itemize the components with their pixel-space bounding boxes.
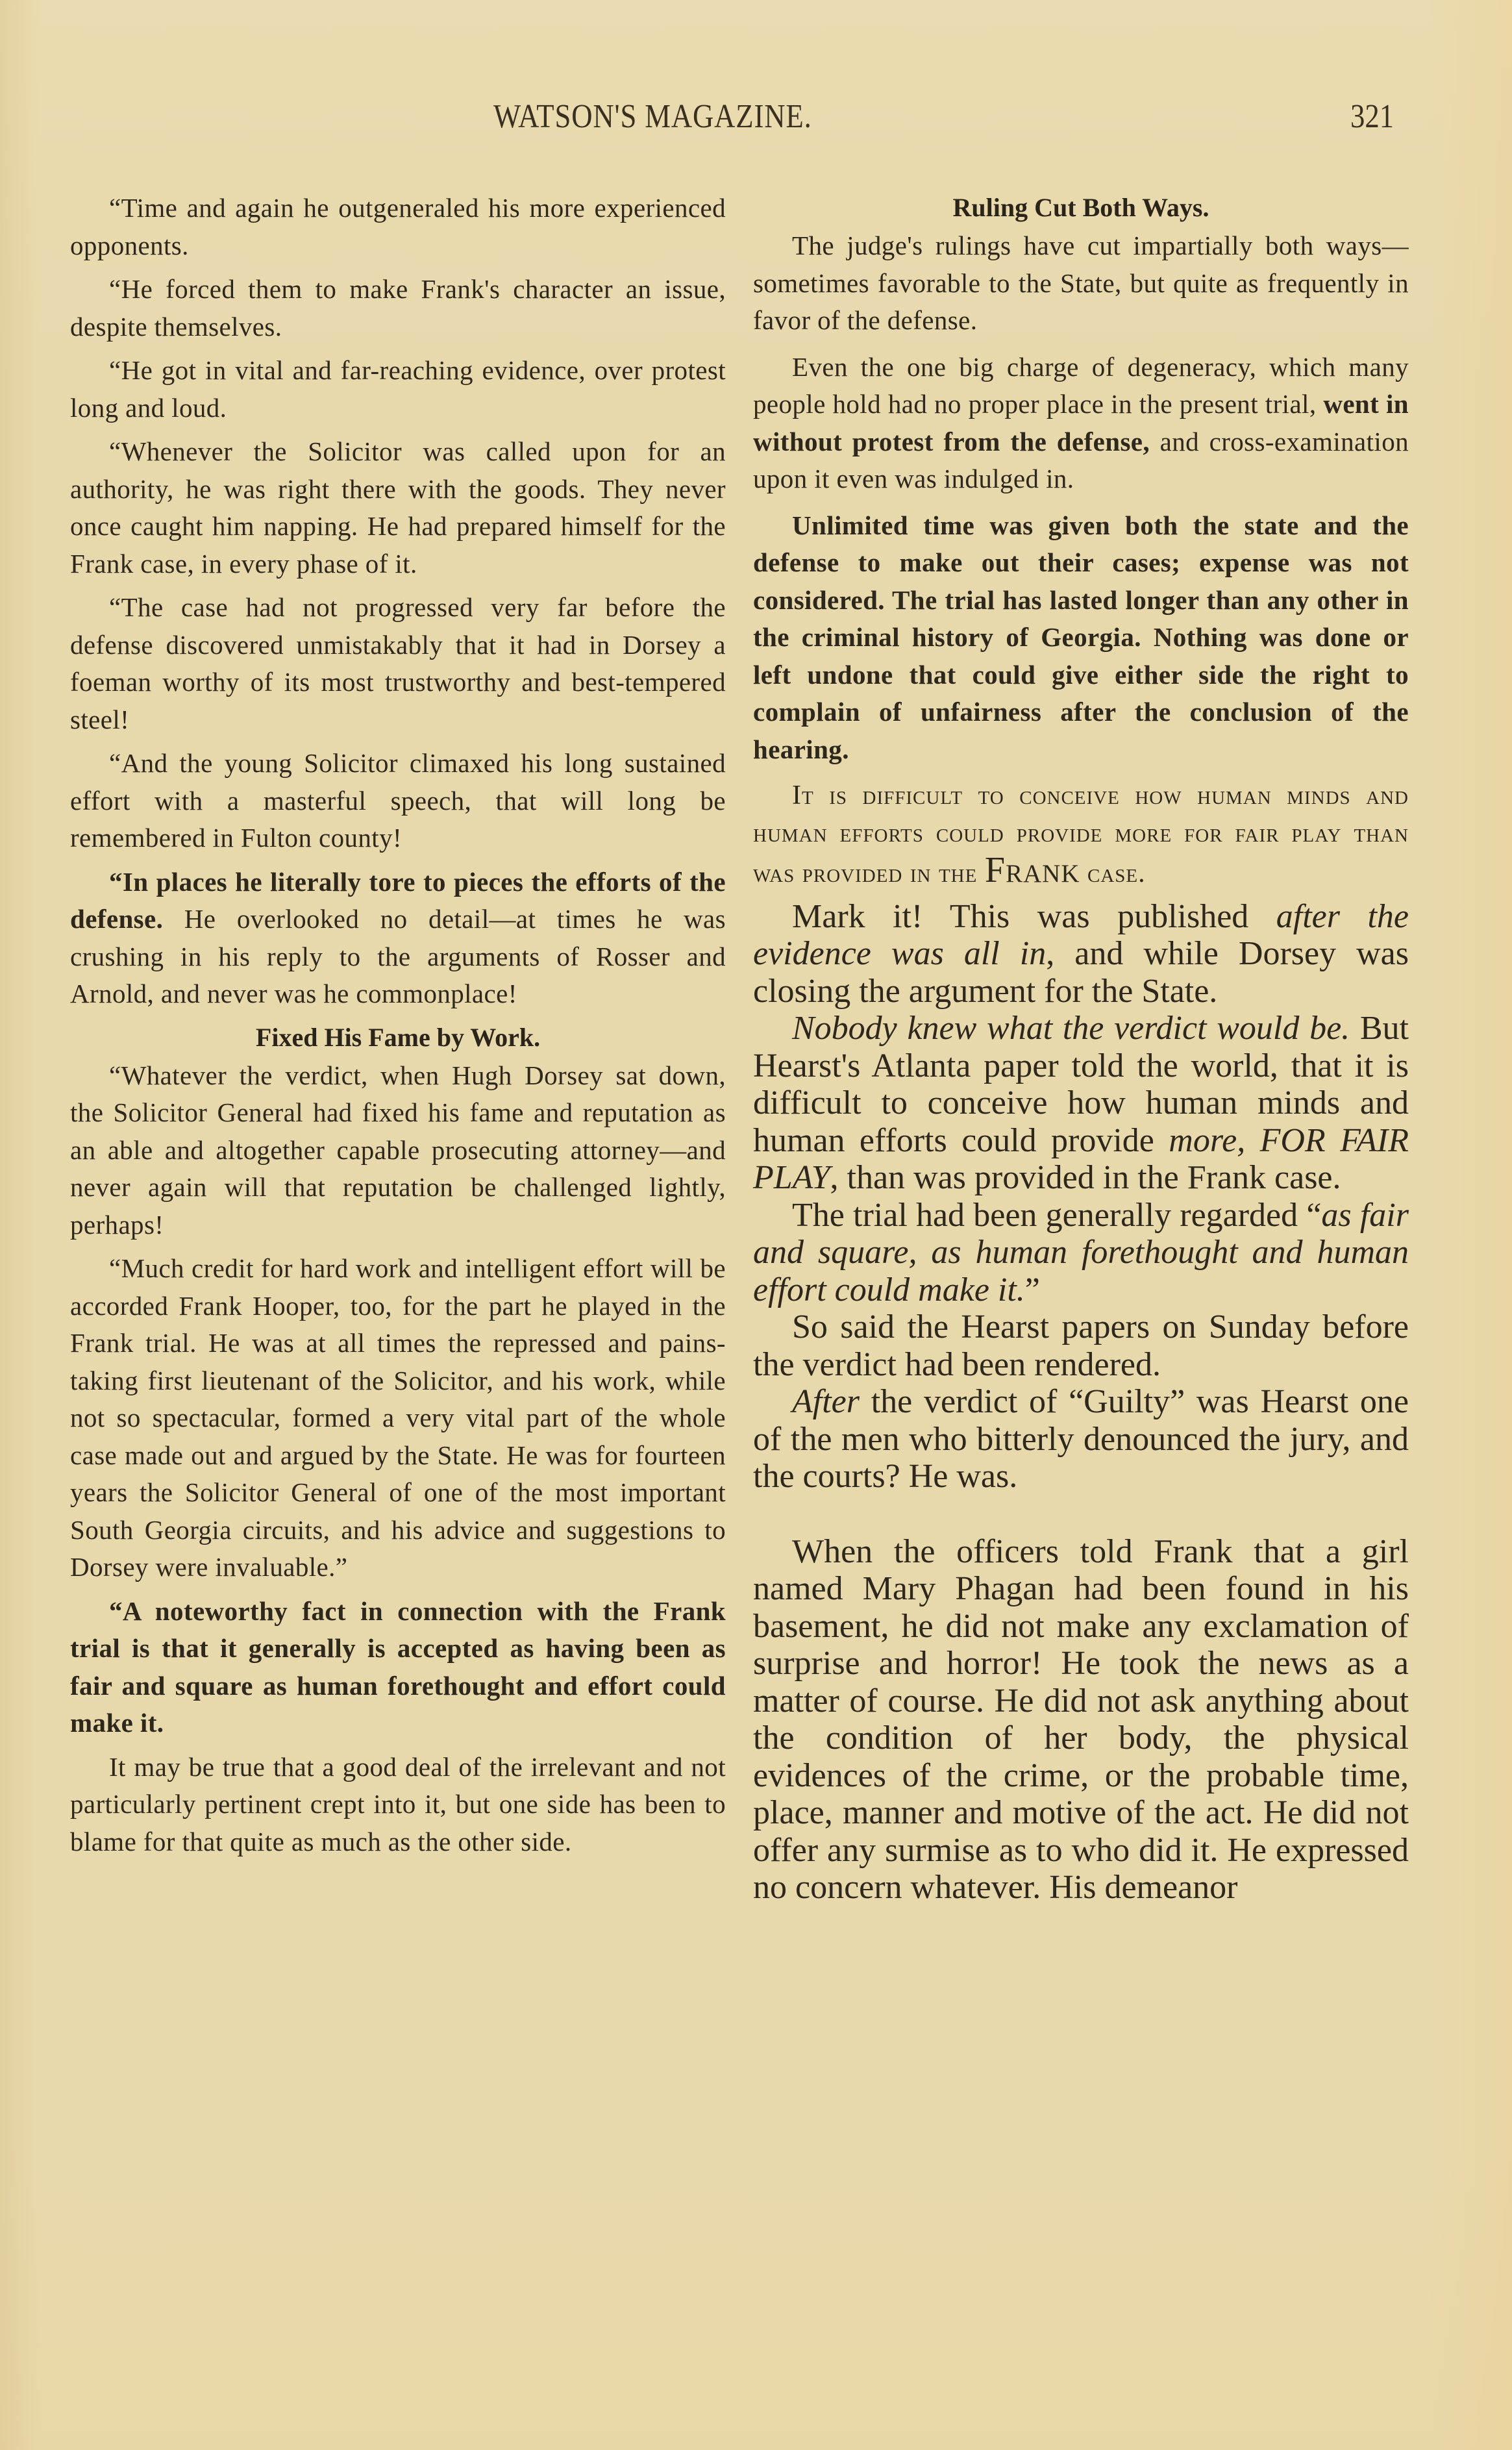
paragraph: So said the Hearst papers on Sunday befo…: [753, 1308, 1409, 1383]
paragraph: “Time and again he outgeneraled his more…: [70, 190, 726, 264]
text-run: Even the one big charge of degeneracy, w…: [753, 352, 1409, 419]
paragraph-bold: Unlimited time was given both the state …: [753, 507, 1409, 769]
paragraph: It may be true that a good deal of the i…: [70, 1749, 726, 1861]
text-run: The trial had been generally regarded “: [792, 1197, 1321, 1234]
right-column: Ruling Cut Both Ways. The judge's ruling…: [753, 190, 1409, 1906]
paragraph: Even the one big charge of degeneracy, w…: [753, 349, 1409, 498]
paragraph: “Whenever the Solicitor was called upon …: [70, 433, 726, 582]
paragraph-bold: “A noteworthy fact in connection with th…: [70, 1593, 726, 1742]
paragraph: The judge's rulings have cut impartially…: [753, 227, 1409, 340]
text-run: Frank: [985, 850, 1080, 890]
page-header: WATSON'S MAGAZINE. 321: [0, 97, 1512, 149]
paragraph: “The case had not progressed very far be…: [70, 589, 726, 738]
running-title: WATSON'S MAGAZINE.: [493, 97, 812, 136]
left-column: “Time and again he outgeneraled his more…: [70, 190, 726, 1867]
section-spacer: [753, 1495, 1409, 1533]
text-run: Mark it! This was published: [792, 898, 1276, 935]
italic-text-run: Nobody knew what the verdict would be.: [792, 1010, 1350, 1047]
paragraph: After the verdict of “Guilty” was Hearst…: [753, 1383, 1409, 1495]
paragraph: Nobody knew what the verdict would be. B…: [753, 1010, 1409, 1197]
text-run: case.: [1080, 858, 1145, 888]
text-run: , than was provided in the Frank case.: [830, 1159, 1341, 1196]
paragraph: “Much credit for hard work and intellige…: [70, 1250, 726, 1586]
paragraph-bold-lead: “In places he literally tore to pieces t…: [70, 864, 726, 1013]
paragraph: “He forced them to make Frank's characte…: [70, 271, 726, 345]
paragraph: Mark it! This was published after the ev…: [753, 898, 1409, 1010]
subhead-ruling-cut-both-ways: Ruling Cut Both Ways.: [753, 190, 1409, 226]
text-run: ”: [1025, 1271, 1040, 1308]
paragraph: “He got in vital and far-reaching eviden…: [70, 352, 726, 427]
subhead-fixed-his-fame: Fixed His Fame by Work.: [70, 1019, 726, 1056]
paragraph: “And the young Solicitor climaxed his lo…: [70, 745, 726, 857]
paragraph: “Whatever the verdict, when Hugh Dorsey …: [70, 1057, 726, 1244]
italic-text-run: After: [792, 1383, 860, 1420]
paragraph: When the officers told Frank that a girl…: [753, 1533, 1409, 1906]
paragraph-rest: He overlooked no detail—at times he was …: [70, 904, 726, 1008]
smallcaps-paragraph: It is difficult to conceive how human mi…: [753, 777, 1409, 893]
page-number: 321: [1350, 97, 1394, 136]
paragraph: The trial had been generally regarded “a…: [753, 1197, 1409, 1309]
